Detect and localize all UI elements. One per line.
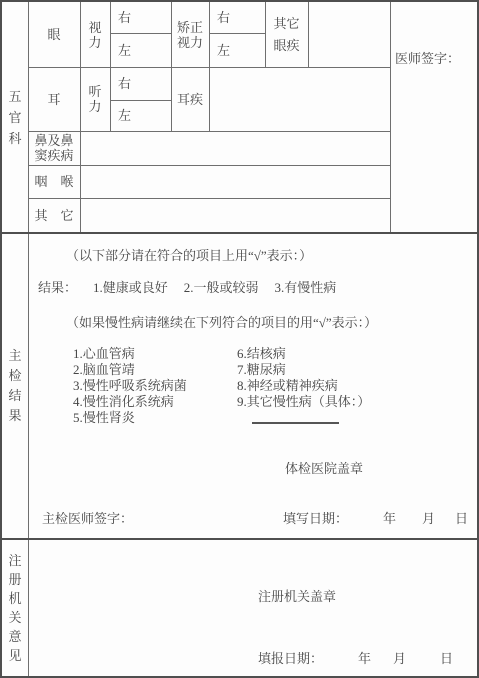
month-label: 月 xyxy=(422,512,435,525)
vision-right-cell: 右 xyxy=(110,2,171,33)
instruction-chronic-note: （如果慢性病请继续在下列符合的项目的用“√”表示：） xyxy=(66,316,377,329)
result-option-2: 2.一般或较弱 xyxy=(184,281,259,294)
day-label: 日 xyxy=(440,652,453,665)
corrected-left-cell: 左 xyxy=(209,33,265,67)
section-label-text: 五官科 xyxy=(9,86,22,149)
section-divider xyxy=(2,232,477,234)
list-item: 6.结核病 xyxy=(237,346,370,362)
result-options-row: 结果： 1.健康或良好 2.一般或较弱 3.有慢性病 xyxy=(38,281,336,294)
other-row-label: 其 它 xyxy=(28,198,80,232)
vision-label: 视力 xyxy=(80,2,110,67)
result-option-1: 1.健康或良好 xyxy=(93,281,168,294)
detail-fill-in-line xyxy=(252,422,339,424)
hearing-label-text: 听力 xyxy=(89,84,102,114)
ear-disease-label: 耳疾 xyxy=(171,67,209,131)
doctor-signature-label: 医师签字： xyxy=(395,52,460,65)
other-eye-disease-label: 其它眼疾 xyxy=(265,2,308,67)
report-date-label: 填报日期： xyxy=(258,652,323,665)
section-label-main-result: 主检结果 xyxy=(2,234,28,538)
result-option-3: 3.有慢性病 xyxy=(275,281,337,294)
list-item: 3.慢性呼吸系统病菌 xyxy=(73,378,187,394)
section-label-text: 主检结果 xyxy=(9,346,22,426)
result-label: 结果： xyxy=(38,281,77,294)
nose-row-label: 鼻及鼻窦疾病 xyxy=(28,131,80,165)
list-item: 8.神经或精神疾病 xyxy=(237,378,370,394)
other-eye-disease-label-text: 其它眼疾 xyxy=(273,13,300,57)
list-item: 5.慢性肾炎 xyxy=(73,410,187,426)
section-label-text: 注册机关意见 xyxy=(9,551,22,665)
section-label-wuguanke: 五官科 xyxy=(2,2,28,232)
fill-date-label: 填写日期： xyxy=(283,512,348,525)
instruction-check-note: （以下部分请在符合的项目上用“√”表示：） xyxy=(66,249,312,262)
section-label-registration: 注册机关意见 xyxy=(2,540,28,676)
grid-line xyxy=(28,165,390,166)
grid-line xyxy=(28,131,390,132)
chronic-options-left-column: 1.心血管病2.脑血管靖3.慢性呼吸系统病菌4.慢性消化系统病5.慢性肾炎 xyxy=(73,346,187,426)
corrected-vision-label-text: 矫正视力 xyxy=(177,20,204,50)
registration-seal-label: 注册机关盖章 xyxy=(258,590,336,603)
hearing-left-cell: 左 xyxy=(110,100,171,131)
hearing-label: 听力 xyxy=(80,67,110,131)
chief-doctor-signature-label: 主检医师签字： xyxy=(42,512,133,525)
corrected-vision-label: 矫正视力 xyxy=(171,2,209,67)
day-label: 日 xyxy=(455,512,468,525)
vision-label-text: 视力 xyxy=(89,20,102,50)
list-item: 7.糖尿病 xyxy=(237,362,370,378)
form-table: 五官科 眼 视力 右 左 矫正视力 右 左 其它眼疾 耳 听力 右 左 耳疾 鼻… xyxy=(2,2,477,676)
throat-row-label: 咽 喉 xyxy=(28,165,80,198)
grid-line xyxy=(28,198,390,199)
hospital-seal-label: 体检医院盖章 xyxy=(285,462,363,475)
medical-exam-form-page: 五官科 眼 视力 右 左 矫正视力 右 左 其它眼疾 耳 听力 右 左 耳疾 鼻… xyxy=(0,0,479,678)
section-divider xyxy=(2,538,477,540)
eye-row-label: 眼 xyxy=(28,2,80,67)
grid-line xyxy=(390,2,391,232)
list-item: 4.慢性消化系统病 xyxy=(73,394,187,410)
list-item: 1.心血管病 xyxy=(73,346,187,362)
list-item: 2.脑血管靖 xyxy=(73,362,187,378)
vision-left-cell: 左 xyxy=(110,33,171,67)
hearing-right-cell: 右 xyxy=(110,67,171,100)
list-item: 9.其它慢性病（具体：） xyxy=(237,394,370,410)
year-label: 年 xyxy=(358,652,371,665)
grid-line xyxy=(308,2,309,67)
corrected-right-cell: 右 xyxy=(209,2,265,33)
year-label: 年 xyxy=(383,512,396,525)
nose-row-label-text: 鼻及鼻窦疾病 xyxy=(34,133,74,163)
month-label: 月 xyxy=(393,652,406,665)
chronic-options-right-column: 6.结核病7.糖尿病8.神经或精神疾病9.其它慢性病（具体：） xyxy=(237,346,370,410)
ear-row-label: 耳 xyxy=(28,67,80,131)
